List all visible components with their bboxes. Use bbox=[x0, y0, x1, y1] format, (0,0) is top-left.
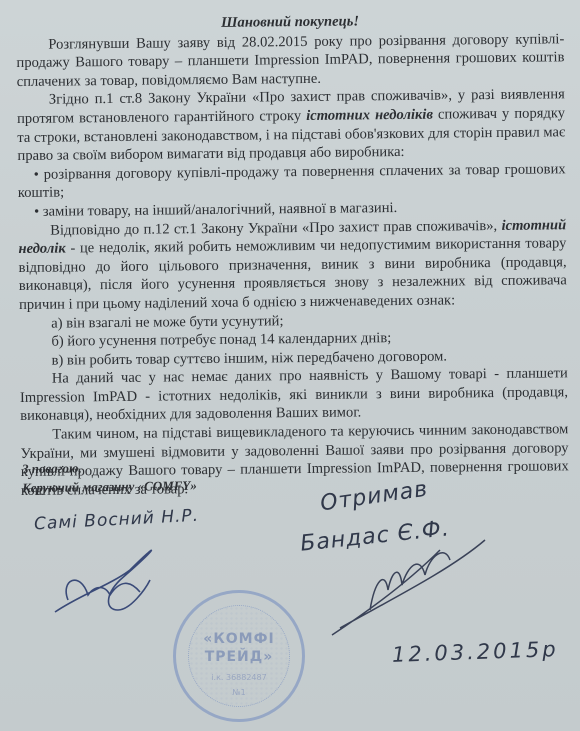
stamp-code: і.к. 36882487 bbox=[176, 673, 302, 682]
letter-body: Шановний покупець! Розглянувши Вашу заяв… bbox=[16, 10, 569, 500]
paragraph-3-text-end: - це недолік, який робить неможливим чи … bbox=[19, 235, 567, 313]
bullet-item-1: • розірвання договору купівлі-продажу та… bbox=[18, 160, 566, 203]
closing-signatory: Керуючий магазину «COMFY» bbox=[22, 476, 197, 497]
paragraph-3: Відповідно до п.12 ст.1 Закону України «… bbox=[18, 216, 567, 315]
emphasis-text: істотних недоліків bbox=[306, 107, 433, 124]
stamp-line-1: «КОМФІ bbox=[176, 631, 302, 647]
closing-block: З повагою, Керуючий магазину «COMFY» bbox=[22, 457, 197, 497]
stamp-number: №1 bbox=[176, 688, 302, 697]
paragraph-1: Розглянувши Вашу заяву від 28.02.2015 ро… bbox=[16, 30, 565, 92]
paragraph-4: На даний час у нас немає даних про наявн… bbox=[20, 365, 569, 427]
company-stamp: «КОМФІ ТРЕЙД» і.к. 36882487 №1 bbox=[173, 590, 305, 722]
paragraph-2: Згідно п.1 ст.8 Закону України «Про захи… bbox=[17, 86, 566, 166]
manager-signature-icon bbox=[50, 540, 180, 620]
handwritten-manager-name: Самі Восний Н.Р. bbox=[34, 506, 200, 535]
closing-greeting: З повагою, bbox=[22, 457, 197, 478]
stamp-line-2: ТРЕЙД» bbox=[176, 649, 302, 665]
paragraph-3-text: Відповідно до п.12 ст.1 Закону України «… bbox=[50, 217, 501, 238]
document-photo: Шановний покупець! Розглянувши Вашу заяв… bbox=[0, 0, 580, 731]
recipient-signature-icon bbox=[330, 540, 490, 640]
handwritten-date: 12.03.2015р bbox=[392, 637, 559, 667]
